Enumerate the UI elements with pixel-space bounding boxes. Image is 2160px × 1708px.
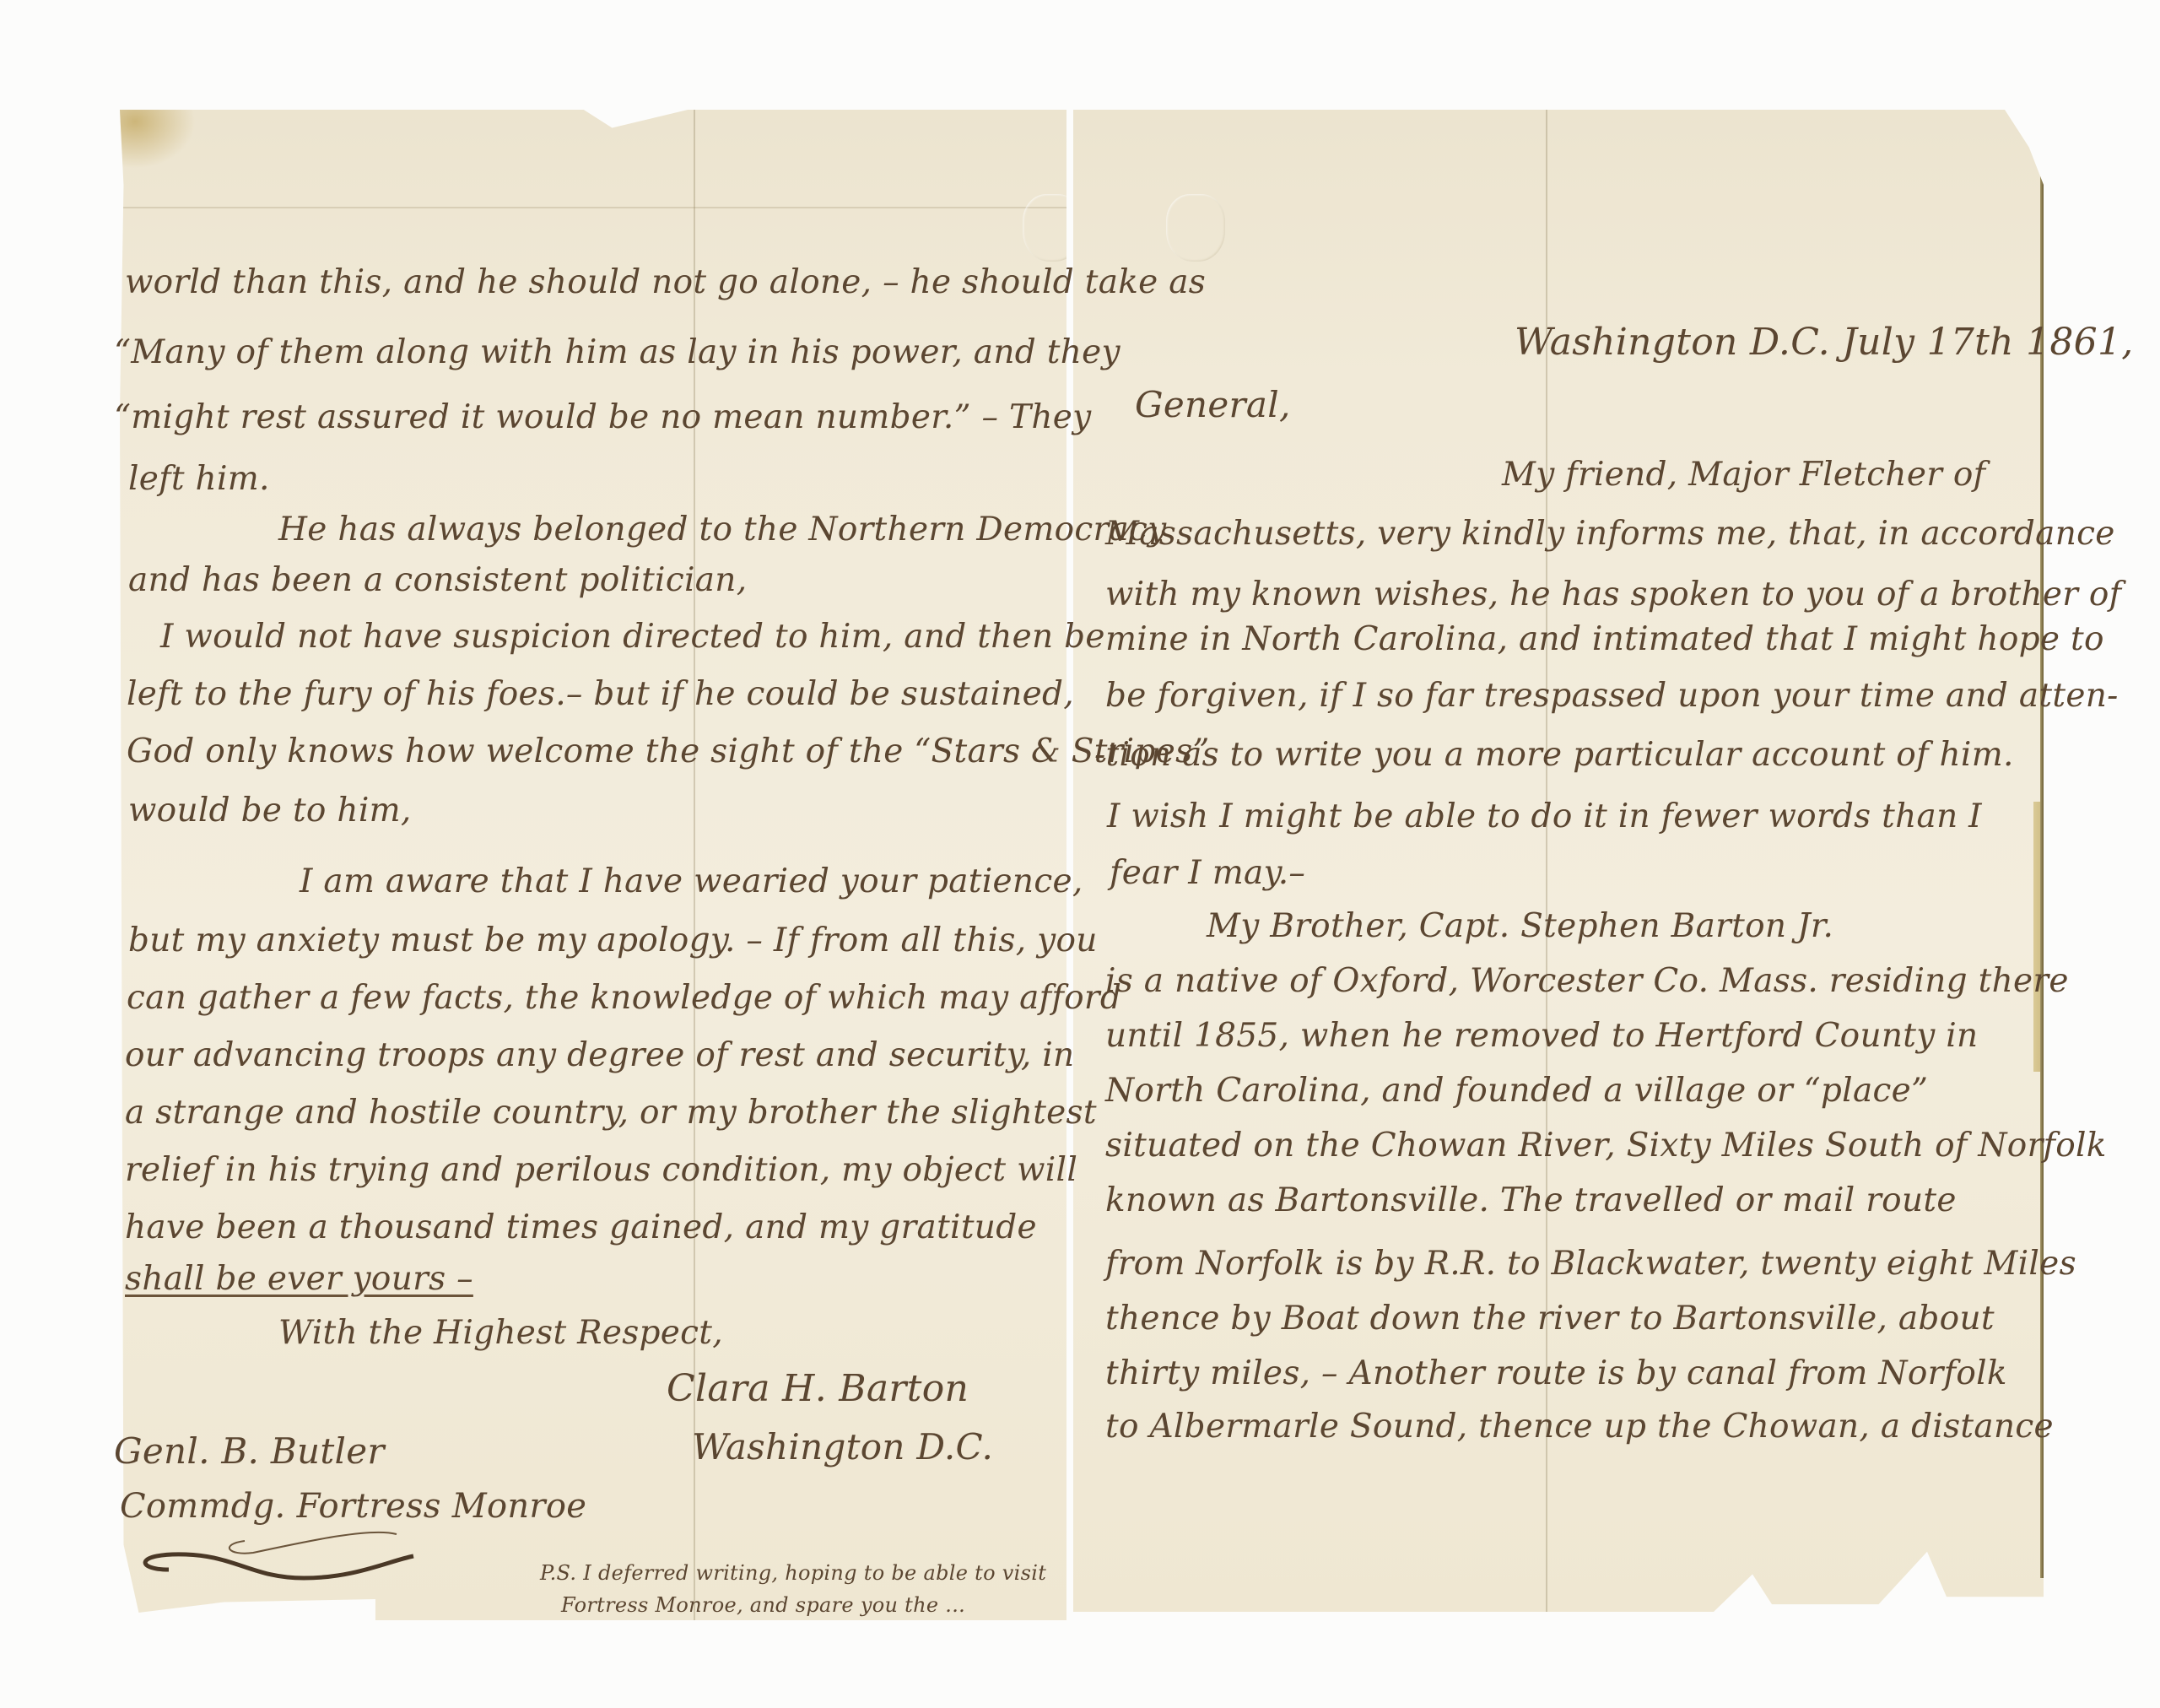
letter-line: He has always belonged to the Northern D… <box>278 511 1167 549</box>
letter-line: and has been a consistent politician, <box>128 561 747 599</box>
postscript-line: P.S. I deferred writing, hoping to be ab… <box>540 1561 1046 1585</box>
letter-line: Massachusetts, very kindly informs me, t… <box>1105 515 2115 553</box>
letter-line: My Brother, Capt. Stephen Barton Jr. <box>1207 907 1833 945</box>
letter-line: a strange and hostile country, or my bro… <box>125 1094 1097 1132</box>
postscript-line: Fortress Monroe, and spare you the ... <box>561 1593 965 1617</box>
letter-line: “might rest assured it would be no mean … <box>114 398 1091 436</box>
letter-line: have been a thousand times gained, and m… <box>125 1208 1037 1246</box>
signature: Clara H. Barton <box>667 1367 969 1410</box>
letter-line: relief in his trying and perilous condit… <box>125 1151 1077 1189</box>
letter-line: to Albermarle Sound, thence up the Chowa… <box>1105 1408 2054 1446</box>
letter-line: I wish I might be able to do it in fewer… <box>1107 797 1982 835</box>
letter-line: -tion as to write you a more particular … <box>1094 736 2014 774</box>
letter-line: world than this, and he should not go al… <box>125 263 1206 301</box>
letter-line: with my known wishes, he has spoken to y… <box>1105 576 2121 613</box>
letter-line: from Norfolk is by R.R. to Blackwater, t… <box>1105 1245 2076 1283</box>
letter-line: can gather a few facts, the knowledge of… <box>127 979 1121 1017</box>
repair-tape <box>2033 802 2049 1072</box>
letter-line: our advancing troops any degree of rest … <box>125 1036 1074 1074</box>
letter-line: “Many of them along with him as lay in h… <box>114 333 1120 371</box>
letter-line: I would not have suspicion directed to h… <box>160 618 1105 656</box>
letter-line: left to the fury of his foes.– but if he… <box>127 675 1074 713</box>
letter-line: is a native of Oxford, Worcester Co. Mas… <box>1105 962 2069 1000</box>
letter-line: until 1855, when he removed to Hertford … <box>1105 1017 1978 1055</box>
letter-line: left him. <box>128 460 270 498</box>
letter-line: be forgiven, if I so far trespassed upon… <box>1105 677 2119 715</box>
letter-line: thirty miles, – Another route is by cana… <box>1105 1354 2007 1392</box>
embossed-seal-icon <box>1166 194 1225 262</box>
letter-line: My friend, Major Fletcher of <box>1502 456 1985 494</box>
fold-crease <box>120 207 1066 208</box>
letter-line: would be to him, <box>128 792 412 830</box>
signature-place: Washington D.C. <box>692 1426 993 1467</box>
paper-stain <box>120 110 196 169</box>
embossed-seal-icon <box>1023 194 1082 262</box>
letter-line: but my anxiety must be my apology. – If … <box>128 922 1098 959</box>
letter-line: situated on the Chowan River, Sixty Mile… <box>1105 1127 2107 1165</box>
letter-line: known as Bartonsville. The travelled or … <box>1105 1181 1957 1219</box>
letter-line: I am aware that I have wearied your pati… <box>300 862 1083 900</box>
letter-line: North Carolina, and founded a village or… <box>1105 1072 1928 1110</box>
letter-line: God only knows how welcome the sight of … <box>127 732 1210 770</box>
signature-flourish-icon <box>118 1519 472 1586</box>
salutation: General, <box>1135 384 1291 425</box>
addressee-name: Genl. B. Butler <box>114 1430 385 1472</box>
letter-line: fear I may.– <box>1110 854 1305 892</box>
letter-line: thence by Boat down the river to Bartons… <box>1105 1300 1995 1338</box>
dateline: Washington D.C. July 17th 1861, <box>1515 321 2134 364</box>
closing: With the Highest Respect, <box>278 1314 723 1352</box>
letter-line: mine in North Carolina, and intimated th… <box>1105 620 2104 658</box>
letter-line: shall be ever yours – <box>125 1260 473 1298</box>
